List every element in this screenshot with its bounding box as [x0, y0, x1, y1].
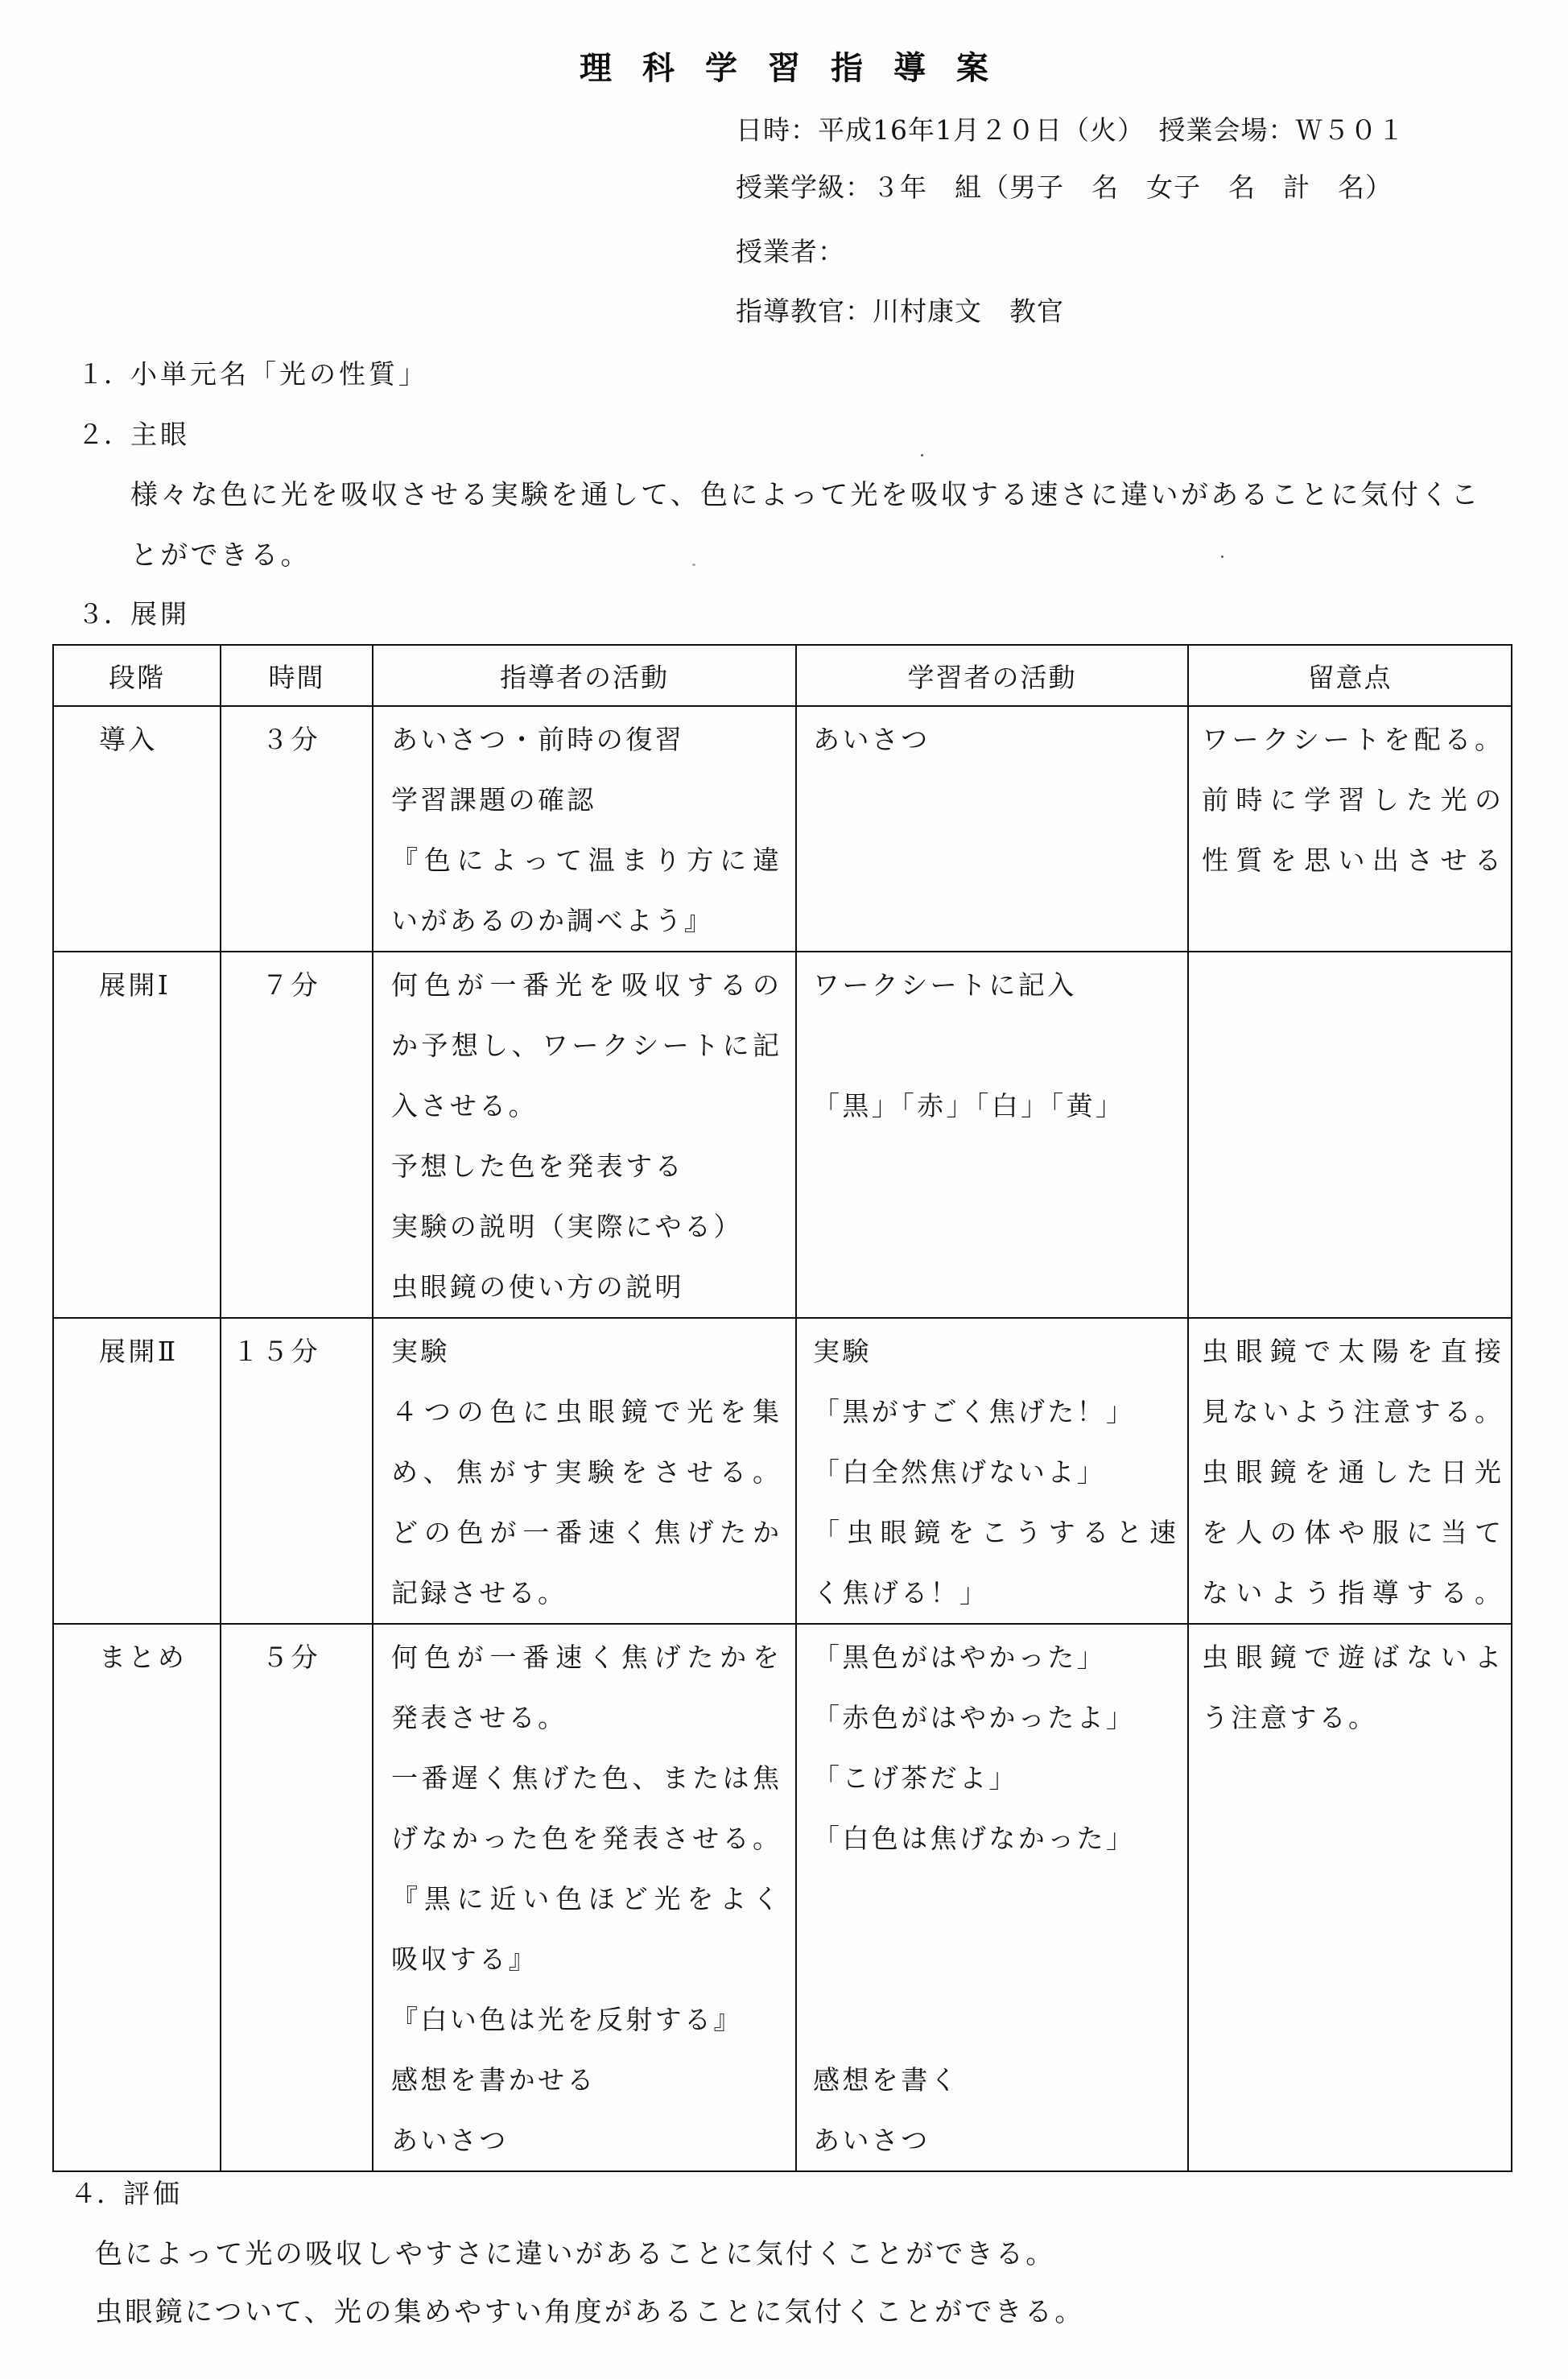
table-row: まとめ５分何色が一番速く焦げたかを発表させる。一番遅く焦げた色、または焦げなかっ…: [53, 1624, 1512, 2171]
cell-line: 吸収する』: [391, 1929, 779, 1989]
cell-line: 「白色は焦げなかった」: [813, 1808, 1176, 1869]
cell-student-activity: ワークシートに記入「黒」「赤」「白」「黄」: [796, 952, 1188, 1318]
cell-line: 「黒」「赤」「白」「黄」: [813, 1076, 1176, 1136]
cell-line: 何色が一番光を吸収するの: [391, 955, 779, 1015]
cell-line: 実験の説明（実際にやる）: [391, 1196, 779, 1257]
document-title: 理科学習指導案: [0, 47, 1568, 90]
cell-line: 一番遅く焦げた色、または焦: [391, 1748, 779, 1808]
cell-line: げなかった色を発表させる。: [391, 1808, 779, 1869]
cell-line: 入させる。: [391, 1076, 779, 1136]
cell-time: ３分: [221, 706, 373, 952]
section-number: ２．: [77, 419, 130, 451]
section-unit-name: １．小単元名「光の性質」: [77, 358, 428, 390]
cell-line: [813, 1929, 1176, 1989]
cell-line: [813, 1869, 1176, 1929]
scan-speck: [692, 564, 695, 566]
header-notes: 留意点: [1188, 645, 1512, 706]
cell-line: どの色が一番速く焦げたか: [391, 1502, 779, 1563]
table-row: 導入３分あいさつ・前時の復習学習課題の確認『色によって温まり方に違いがあるのか調…: [53, 706, 1512, 952]
cell-line: 『色によって温まり方に違: [391, 830, 779, 890]
time-value: ３分: [221, 709, 320, 770]
cell-teacher-activity: 何色が一番速く焦げたかを発表させる。一番遅く焦げた色、または焦げなかった色を発表…: [373, 1624, 796, 2171]
stage-value: 導入: [99, 709, 220, 770]
cell-line: ワークシートを配る。: [1202, 709, 1501, 770]
cell-notes: 虫眼鏡で遊ばないよう注意する。: [1188, 1624, 1512, 2171]
section-aim: ２．主眼: [77, 419, 190, 451]
cell-time: ５分: [221, 1624, 373, 2171]
cell-line: あいさつ・前時の復習: [391, 709, 779, 770]
cell-line: あいさつ: [813, 709, 1176, 770]
table-row: 展開Ⅰ７分何色が一番光を吸収するのか予想し、ワークシートに記入させる。予想した色…: [53, 952, 1512, 1318]
cell-student-activity: 「黒色がはやかった」「赤色がはやかったよ」「こげ茶だよ」「白色は焦げなかった」感…: [796, 1624, 1188, 2171]
cell-line: あいさつ: [813, 2110, 1176, 2170]
evaluation-line-2: 虫眼鏡について、光の集めやすい角度があることに気付くことができる。: [95, 2296, 1085, 2328]
cell-line: 「黒色がはやかった」: [813, 1627, 1176, 1687]
cell-student-activity: あいさつ: [796, 706, 1188, 952]
cell-notes: [1188, 952, 1512, 1318]
section-evaluation: ４．評価: [70, 2178, 183, 2210]
cell-line: く焦げる！」: [813, 1563, 1176, 1623]
cell-line: ４つの色に虫眼鏡で光を集: [391, 1382, 779, 1442]
cell-stage: 展開Ⅱ: [53, 1318, 221, 1624]
teacher-line: 授業者：: [736, 236, 845, 268]
cell-notes: ワークシートを配る。前時に学習した光の性質を思い出させる: [1188, 706, 1512, 952]
cell-line: 学習課題の確認: [391, 770, 779, 830]
table-header-row: 段階 時間 指導者の活動 学習者の活動 留意点: [53, 645, 1512, 706]
stage-value: まとめ: [99, 1627, 220, 1687]
cell-line: [813, 1015, 1176, 1076]
cell-line: 何色が一番速く焦げたかを: [391, 1627, 779, 1687]
cell-notes: 虫眼鏡で太陽を直接見ないよう注意する。虫眼鏡を通した日光を人の体や服に当てないよ…: [1188, 1318, 1512, 1624]
evaluation-line-1: 色によって光の吸収しやすさに違いがあることに気付くことができる。: [95, 2238, 1056, 2270]
cell-line: 「白全然焦げないよ」: [813, 1442, 1176, 1502]
cell-line: 性質を思い出させる: [1202, 830, 1501, 890]
cell-line: 「赤色がはやかったよ」: [813, 1687, 1176, 1748]
cell-line: う注意する。: [1202, 1687, 1501, 1748]
cell-line: か予想し、ワークシートに記: [391, 1015, 779, 1076]
header-stage: 段階: [53, 645, 221, 706]
section-number: ４．: [70, 2178, 123, 2210]
cell-line: [813, 1989, 1176, 2050]
cell-teacher-activity: 実験４つの色に虫眼鏡で光を集め、焦がす実験をさせる。どの色が一番速く焦げたか記録…: [373, 1318, 796, 1624]
advisor-line: 指導教官：川村康文 教官: [736, 295, 1064, 328]
time-value: １５分: [221, 1321, 320, 1382]
cell-line: 前時に学習した光の: [1202, 770, 1501, 830]
cell-line: 虫眼鏡を通した日光: [1202, 1442, 1501, 1502]
header-teacher-activity: 指導者の活動: [373, 645, 796, 706]
section-development: ３．展開: [77, 598, 190, 630]
lesson-plan-table: 段階 時間 指導者の活動 学習者の活動 留意点 導入３分あいさつ・前時の復習学習…: [52, 644, 1512, 2172]
cell-time: １５分: [221, 1318, 373, 1624]
section-label: 主眼: [130, 419, 190, 450]
section-label: 小単元名「光の性質」: [130, 358, 428, 390]
cell-line: 「こげ茶だよ」: [813, 1748, 1176, 1808]
cell-line: 「黒がすごく焦げた！」: [813, 1382, 1176, 1442]
aim-text-line-2: とができる。: [130, 539, 311, 572]
cell-line: 虫眼鏡で太陽を直接: [1202, 1321, 1501, 1382]
cell-teacher-activity: あいさつ・前時の復習学習課題の確認『色によって温まり方に違いがあるのか調べよう』: [373, 706, 796, 952]
cell-stage: まとめ: [53, 1624, 221, 2171]
time-value: ７分: [221, 955, 320, 1015]
cell-stage: 導入: [53, 706, 221, 952]
cell-line: あいさつ: [391, 2110, 779, 2170]
table-body: 導入３分あいさつ・前時の復習学習課題の確認『色によって温まり方に違いがあるのか調…: [53, 706, 1512, 2171]
cell-line: 感想を書かせる: [391, 2050, 779, 2110]
cell-line: ないよう指導する。: [1202, 1563, 1501, 1623]
cell-student-activity: 実験「黒がすごく焦げた！」「白全然焦げないよ」「虫眼鏡をこうすると速く焦げる！」: [796, 1318, 1188, 1624]
cell-line: 予想した色を発表する: [391, 1136, 779, 1196]
section-label: 展開: [130, 598, 190, 630]
cell-line: 虫眼鏡で遊ばないよ: [1202, 1627, 1501, 1687]
cell-line: を人の体や服に当て: [1202, 1502, 1501, 1563]
section-label: 評価: [123, 2178, 183, 2209]
cell-line: 記録させる。: [391, 1563, 779, 1623]
class-line: 授業学級：３年 組（男子 名 女子 名 計 名）: [736, 171, 1393, 204]
aim-text-line-1: 様々な色に光を吸収させる実験を通して、色によって光を吸収する速さに違いがあること…: [130, 479, 1481, 511]
cell-teacher-activity: 何色が一番光を吸収するのか予想し、ワークシートに記入させる。予想した色を発表する…: [373, 952, 796, 1318]
section-number: ３．: [77, 598, 130, 630]
cell-line: 『黒に近い色ほど光をよく: [391, 1869, 779, 1929]
stage-value: 展開Ⅱ: [99, 1321, 220, 1382]
header-time: 時間: [221, 645, 373, 706]
datetime-venue-line: 日時：平成16年1月２０日（火） 授業会場：Ｗ５０１: [736, 114, 1405, 147]
cell-time: ７分: [221, 952, 373, 1318]
cell-line: 「虫眼鏡をこうすると速: [813, 1502, 1176, 1563]
cell-line: 見ないよう注意する。: [1202, 1382, 1501, 1442]
scan-speck: [921, 454, 923, 456]
cell-stage: 展開Ⅰ: [53, 952, 221, 1318]
scan-speck: [1221, 556, 1223, 558]
cell-line: 『白い色は光を反射する』: [391, 1989, 779, 2050]
table-row: 展開Ⅱ１５分実験４つの色に虫眼鏡で光を集め、焦がす実験をさせる。どの色が一番速く…: [53, 1318, 1512, 1624]
cell-line: 実験: [813, 1321, 1176, 1382]
header-student-activity: 学習者の活動: [796, 645, 1188, 706]
section-number: １．: [77, 358, 130, 390]
cell-line: 発表させる。: [391, 1687, 779, 1748]
cell-line: 虫眼鏡の使い方の説明: [391, 1257, 779, 1317]
cell-line: いがあるのか調べよう』: [391, 890, 779, 951]
stage-value: 展開Ⅰ: [99, 955, 220, 1015]
cell-line: め、焦がす実験をさせる。: [391, 1442, 779, 1502]
cell-line: 感想を書く: [813, 2050, 1176, 2110]
cell-line: 実験: [391, 1321, 779, 1382]
cell-line: ワークシートに記入: [813, 955, 1176, 1015]
time-value: ５分: [221, 1627, 320, 1687]
